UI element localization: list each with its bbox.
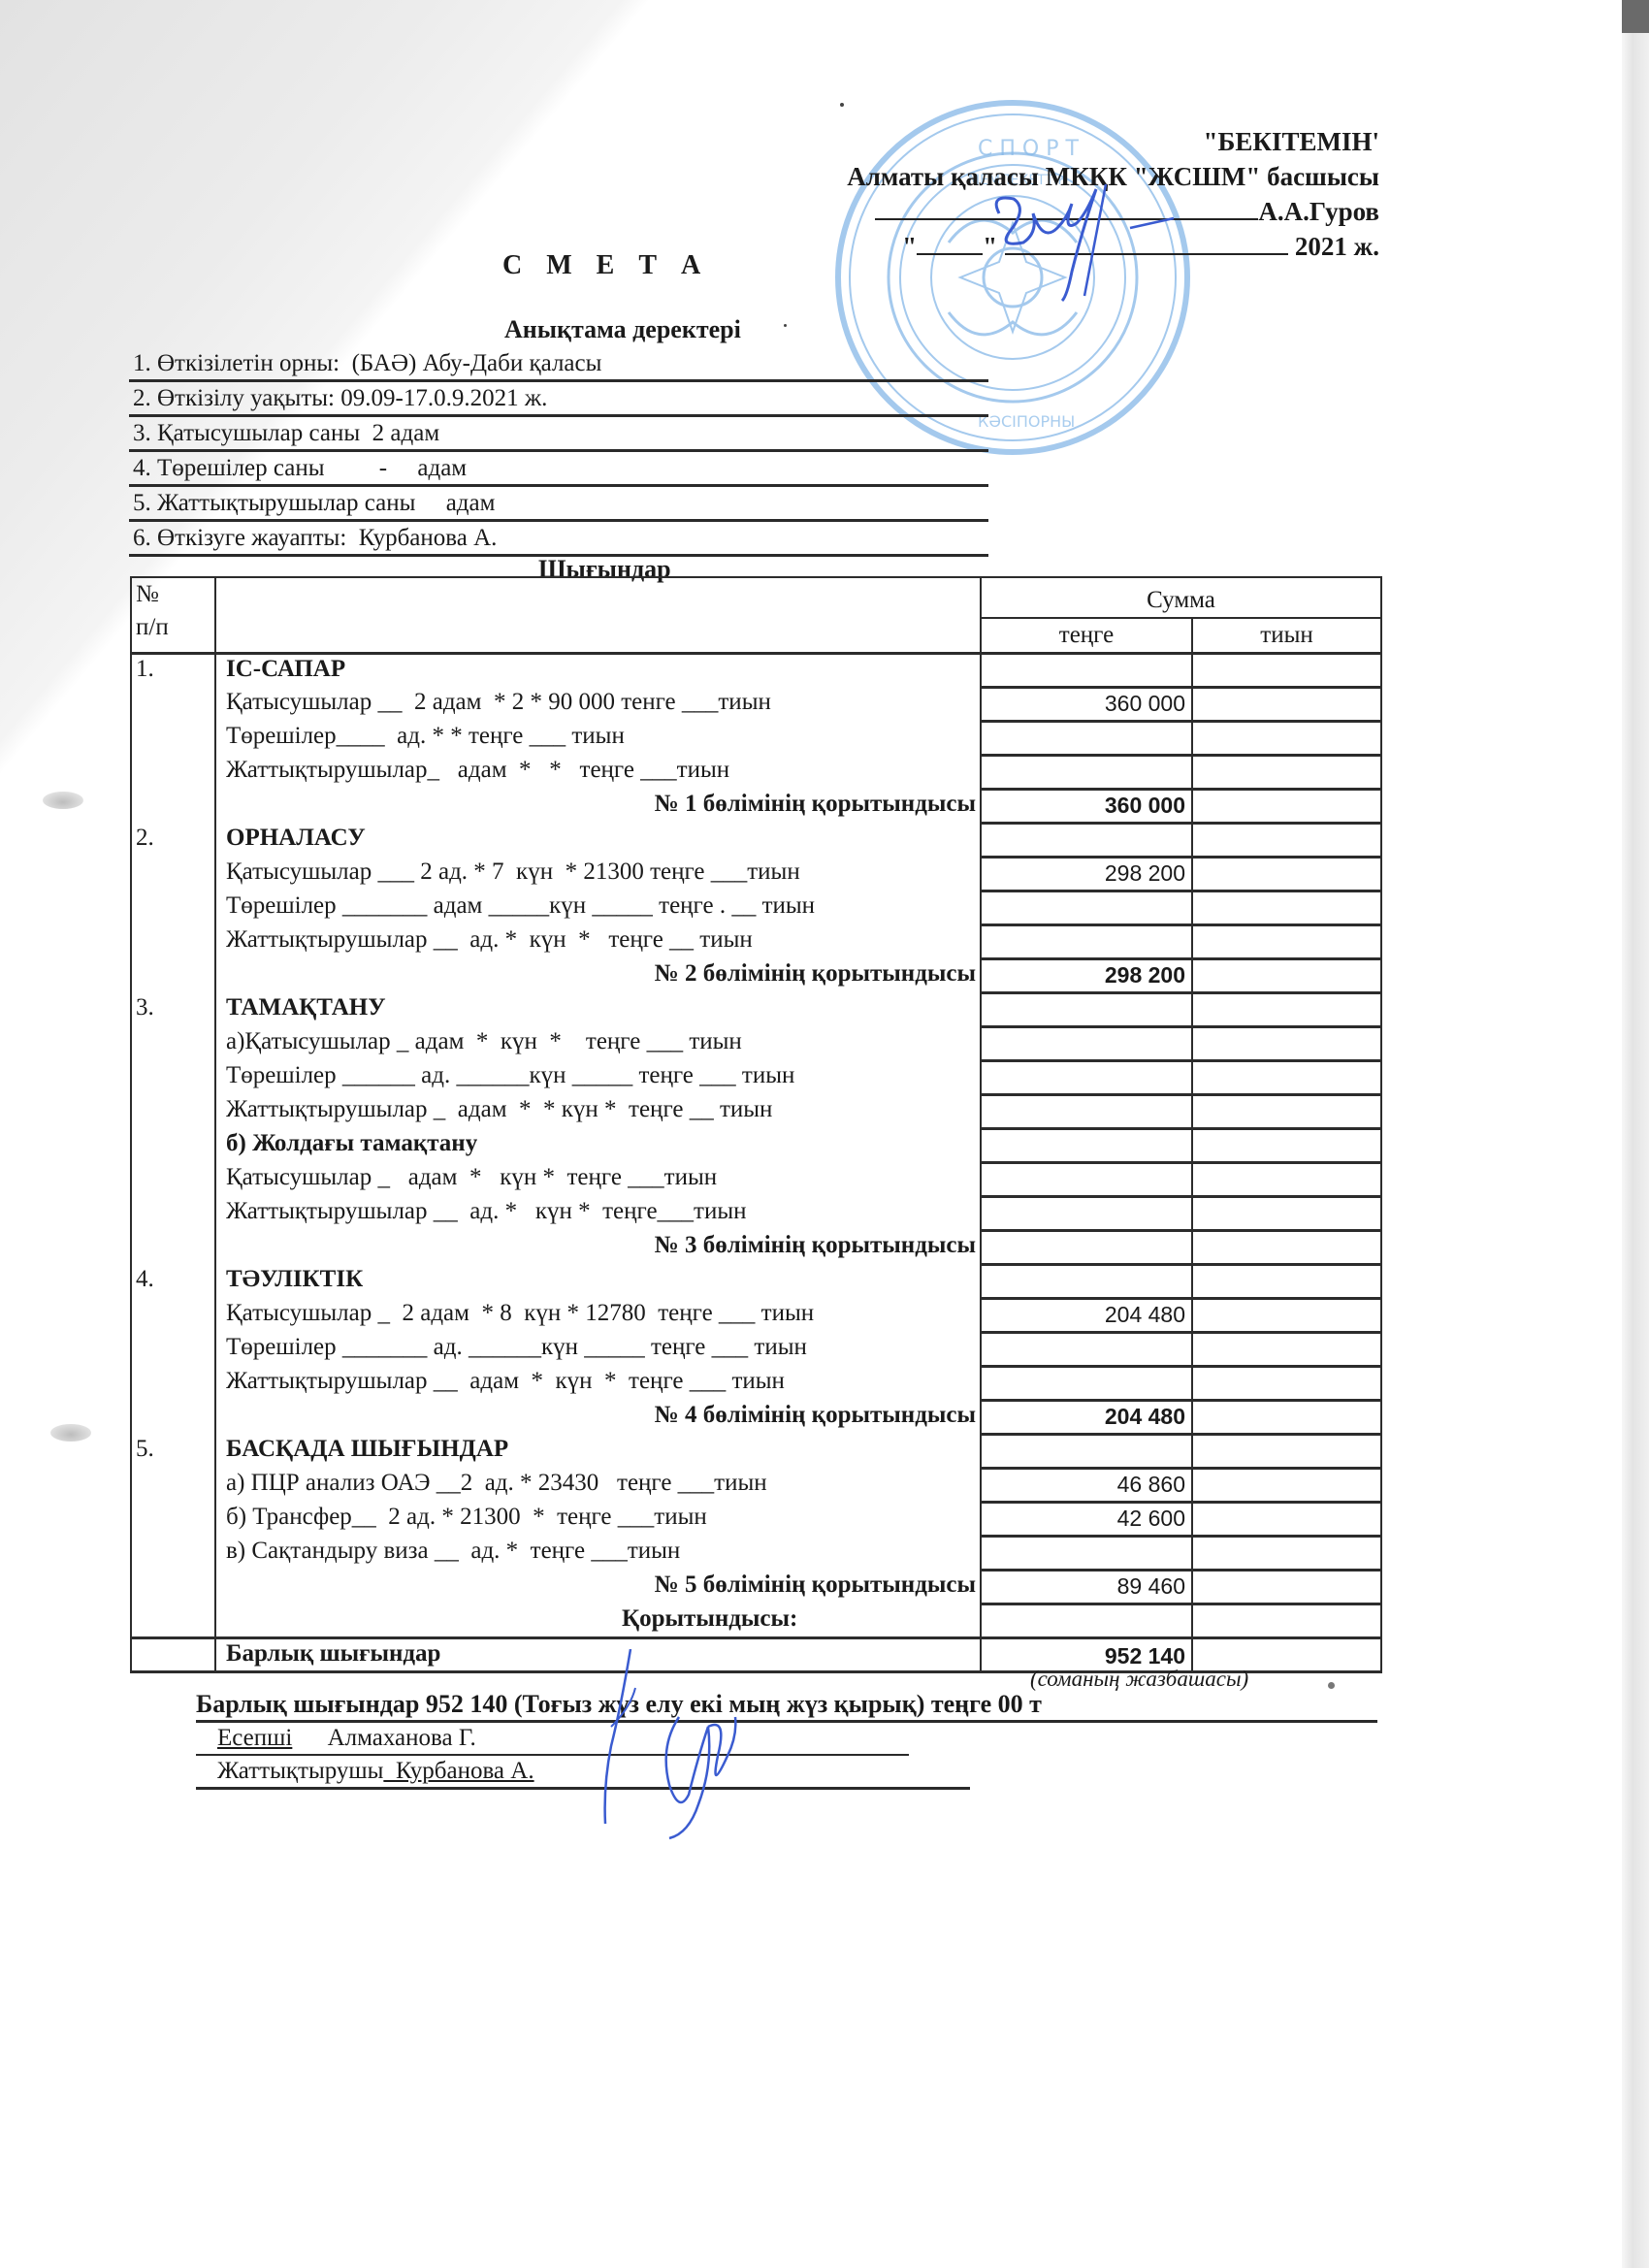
- approval-signatory: А.А.Гуров: [1258, 197, 1379, 226]
- row-amount-tenge: [981, 993, 1192, 1027]
- row-description: Төрешілер ______ ад. ______күн _____ тең…: [215, 1061, 981, 1095]
- row-number: [131, 1129, 215, 1163]
- table-row: а)Қатысушылар _ адам * күн * теңге ___ т…: [131, 1027, 1381, 1061]
- row-amount-tenge: 360 000: [981, 688, 1192, 722]
- scan-edge-corner: [1622, 0, 1649, 33]
- table-row: Қатысушылар _ адам * күн * теңге ___тиын: [131, 1163, 1381, 1197]
- row-description: а)Қатысушылар _ адам * күн * теңге ___ т…: [215, 1027, 981, 1061]
- date-quote-open: ": [902, 232, 917, 261]
- row-number: [131, 1367, 215, 1401]
- row-amount-tenge: 298 200: [981, 858, 1192, 891]
- row-amount-tiyn: [1192, 824, 1381, 858]
- table-row: в) Сақтандыру виза __ ад. * теңге ___тиы…: [131, 1537, 1381, 1571]
- table-row: 3.ТАМАҚТАНУ: [131, 993, 1381, 1027]
- row-amount-tiyn: [1192, 1401, 1381, 1435]
- row-description: Жаттықтырушылар __ адам * күн * теңге __…: [215, 1367, 981, 1401]
- row-number: 1.: [131, 654, 215, 688]
- scan-edge: [1622, 0, 1649, 2268]
- reference-row-dates: 2. Өткізілу уақыты: 09.09-17.0.9.2021 ж.: [129, 382, 988, 417]
- row-amount-tiyn: [1192, 1163, 1381, 1197]
- row-amount-tenge: [981, 654, 1192, 688]
- row-amount-tenge: [981, 1061, 1192, 1095]
- row-number: [131, 858, 215, 891]
- row-description: № 2 бөлімінің қорытындысы: [215, 959, 981, 993]
- row-amount-tenge: [981, 722, 1192, 756]
- row-number: [131, 1163, 215, 1197]
- row-amount-tiyn: [1192, 1129, 1381, 1163]
- approval-year: 2021 ж.: [1295, 232, 1379, 261]
- row-number: [131, 1231, 215, 1265]
- coach-name-underscore: _: [383, 1758, 396, 1784]
- row-description: ОРНАЛАСУ: [215, 824, 981, 858]
- row-amount-tenge: 204 480: [981, 1401, 1192, 1435]
- table-row: Төрешілер _______ адам _____күн _____ те…: [131, 891, 1381, 925]
- row-number: [131, 1469, 215, 1503]
- row-number: [131, 756, 215, 790]
- table-row: Қатысушылар ___ 2 ад. * 7 күн * 21300 те…: [131, 858, 1381, 891]
- table-row: 4.ТӘУЛІКТІК: [131, 1265, 1381, 1299]
- grand-total-number: [131, 1638, 215, 1672]
- table-row: б) Трансфер__ 2 ад. * 21300 * теңге ___т…: [131, 1503, 1381, 1537]
- row-number: [131, 1537, 215, 1571]
- row-amount-tenge: 46 860: [981, 1469, 1192, 1503]
- row-number: 4.: [131, 1265, 215, 1299]
- table-row: Төрешілер ______ ад. ______күн _____ тең…: [131, 1061, 1381, 1095]
- table-row: 1.ІС-САПАР: [131, 654, 1381, 688]
- table-row: Қатысушылар __ 2 адам * 2 * 90 000 тенге…: [131, 688, 1381, 722]
- table-row: 2.ОРНАЛАСУ: [131, 824, 1381, 858]
- table-row: Төрешілер____ ад. * * теңге ___ тиын: [131, 722, 1381, 756]
- table-row: Жаттықтырушылар __ ад. * күн * теңге __ …: [131, 925, 1381, 959]
- row-description: ІС-САПАР: [215, 654, 981, 688]
- row-amount-tenge: 42 600: [981, 1503, 1192, 1537]
- row-description: Жаттықтырушылар _ адам * * күн * теңге _…: [215, 1095, 981, 1129]
- row-amount-tenge: [981, 1265, 1192, 1299]
- row-amount-tenge: [981, 756, 1192, 790]
- punch-hole: [43, 792, 83, 809]
- row-amount-tiyn: [1192, 1095, 1381, 1129]
- row-amount-tiyn: [1192, 1197, 1381, 1231]
- reference-data: 1. Өткізілетін орны: (БАӘ) Абу-Даби қала…: [129, 347, 988, 557]
- row-number: [131, 1401, 215, 1435]
- row-amount-tiyn: [1192, 858, 1381, 891]
- row-number: [131, 722, 215, 756]
- approval-heading: "БЕКІТЕМІН': [847, 124, 1379, 159]
- row-amount-tiyn: [1192, 1265, 1381, 1299]
- scan-speck: [840, 103, 844, 107]
- row-amount-tiyn: [1192, 790, 1381, 824]
- row-amount-tenge: [981, 1435, 1192, 1469]
- reference-row-coaches: 5. Жаттықтырушылар саны адам: [129, 487, 988, 522]
- grand-total-label: Барлық шығындар: [215, 1638, 981, 1672]
- scan-speck: [1328, 1682, 1335, 1689]
- row-amount-tenge: 89 460: [981, 1571, 1192, 1604]
- row-number: 2.: [131, 824, 215, 858]
- accountant-name: Алмаханова Г.: [328, 1725, 476, 1751]
- table-row: 5.БАСҚАДА ШЫҒЫНДАР: [131, 1435, 1381, 1469]
- reference-row-referees: 4. Төрешілер саны - адам: [129, 452, 988, 487]
- row-description: № 3 бөлімінің қорытындысы: [215, 1231, 981, 1265]
- approval-block: "БЕКІТЕМІН' Алматы қаласы МКҚК "ЖСШМ" ба…: [847, 124, 1379, 264]
- row-number: [131, 1571, 215, 1604]
- table-row: № 3 бөлімінің қорытындысы: [131, 1231, 1381, 1265]
- row-amount-tiyn: [1192, 1367, 1381, 1401]
- table-row: № 5 бөлімінің қорытындысы89 460: [131, 1571, 1381, 1604]
- row-number: [131, 1095, 215, 1129]
- row-amount-tiyn: [1192, 756, 1381, 790]
- row-amount-tiyn: [1192, 1333, 1381, 1367]
- row-description: Қатысушылар ___ 2 ад. * 7 күн * 21300 те…: [215, 858, 981, 891]
- table-row: Төрешілер _______ ад. ______күн _____ те…: [131, 1333, 1381, 1367]
- approval-organization: Алматы қаласы МКҚК "ЖСШМ" басшысы: [847, 159, 1379, 194]
- expenses-table: № п/п Сумма теңге тиын 1.ІС-САПАРҚатысуш…: [130, 576, 1382, 1673]
- row-amount-tiyn: [1192, 959, 1381, 993]
- row-description: а) ПЦР анализ ОАЭ __2 ад. * 23430 теңге …: [215, 1469, 981, 1503]
- header-description: [215, 577, 981, 654]
- row-description: Жаттықтырушылар_ адам * * теңге ___тиын: [215, 756, 981, 790]
- row-number: 5.: [131, 1435, 215, 1469]
- row-amount-tenge: [981, 1604, 1192, 1638]
- row-amount-tenge: [981, 1027, 1192, 1061]
- header-number: № п/п: [131, 577, 215, 654]
- table-row: Жаттықтырушылар_ адам * * теңге ___тиын: [131, 756, 1381, 790]
- accountant-role: Есепші: [217, 1725, 292, 1751]
- row-amount-tenge: [981, 891, 1192, 925]
- row-amount-tenge: [981, 1537, 1192, 1571]
- row-amount-tiyn: [1192, 993, 1381, 1027]
- row-number: [131, 1503, 215, 1537]
- row-number: [131, 1027, 215, 1061]
- row-description: ТӘУЛІКТІК: [215, 1265, 981, 1299]
- reference-row-venue: 1. Өткізілетін орны: (БАӘ) Абу-Даби қала…: [129, 347, 988, 382]
- row-amount-tiyn: [1192, 1503, 1381, 1537]
- row-amount-tenge: [981, 824, 1192, 858]
- row-number: [131, 688, 215, 722]
- row-description: Төрешілер____ ад. * * теңге ___ тиын: [215, 722, 981, 756]
- row-number: 3.: [131, 993, 215, 1027]
- reference-row-responsible: 6. Өткізуге жауапты: Курбанова А.: [129, 522, 988, 557]
- row-description: № 5 бөлімінің қорытындысы: [215, 1571, 981, 1604]
- row-amount-tiyn: [1192, 1537, 1381, 1571]
- table-row: № 4 бөлімінің қорытындысы204 480: [131, 1401, 1381, 1435]
- row-amount-tiyn: [1192, 688, 1381, 722]
- signature-field: [875, 218, 1258, 220]
- row-amount-tenge: 298 200: [981, 959, 1192, 993]
- row-description: Қорытындысы:: [215, 1604, 981, 1638]
- header-tiyn: тиын: [1192, 618, 1381, 654]
- row-amount-tiyn: [1192, 1061, 1381, 1095]
- row-description: № 1 бөлімінің қорытындысы: [215, 790, 981, 824]
- table-row: б) Жолдағы тамақтану: [131, 1129, 1381, 1163]
- row-description: ТАМАҚТАНУ: [215, 993, 981, 1027]
- row-number: [131, 1604, 215, 1638]
- row-number: [131, 1061, 215, 1095]
- header-number-symbol: №: [136, 581, 159, 607]
- date-day-field: [917, 253, 983, 255]
- row-description: Қатысушылар _ 2 адам * 8 күн * 12780 тең…: [215, 1299, 981, 1333]
- row-description: Төрешілер _______ адам _____күн _____ те…: [215, 891, 981, 925]
- row-amount-tenge: [981, 1197, 1192, 1231]
- row-description: Жаттықтырушылар __ ад. * күн * теңге __ …: [215, 925, 981, 959]
- row-number: [131, 925, 215, 959]
- row-amount-tiyn: [1192, 1299, 1381, 1333]
- reference-row-participants: 3. Қатысушылар саны 2 адам: [129, 417, 988, 452]
- row-amount-tiyn: [1192, 722, 1381, 756]
- table-row: Жаттықтырушылар __ ад. * күн * теңге___т…: [131, 1197, 1381, 1231]
- table-row: Жаттықтырушылар _ адам * * күн * теңге _…: [131, 1095, 1381, 1129]
- approval-signatory-line: А.А.Гуров: [847, 194, 1379, 229]
- row-amount-tenge: [981, 1367, 1192, 1401]
- table-row: № 1 бөлімінің қорытындысы360 000: [131, 790, 1381, 824]
- row-amount-tiyn: [1192, 1027, 1381, 1061]
- row-number: [131, 1197, 215, 1231]
- header-tenge: теңге: [981, 618, 1192, 654]
- row-description: Қатысушылар __ 2 адам * 2 * 90 000 тенге…: [215, 688, 981, 722]
- row-amount-tenge: [981, 1163, 1192, 1197]
- table-header-row: № п/п Сумма: [131, 577, 1381, 618]
- row-description: б) Трансфер__ 2 ад. * 21300 * теңге ___т…: [215, 1503, 981, 1537]
- row-amount-tiyn: [1192, 1231, 1381, 1265]
- scan-speck: [784, 324, 787, 327]
- table-row: Қатысушылар _ 2 адам * 8 күн * 12780 тең…: [131, 1299, 1381, 1333]
- row-amount-tenge: [981, 1333, 1192, 1367]
- row-number: [131, 1299, 215, 1333]
- row-amount-tenge: [981, 1095, 1192, 1129]
- row-description: б) Жолдағы тамақтану: [215, 1129, 981, 1163]
- table-row: Қорытындысы:: [131, 1604, 1381, 1638]
- row-description: Төрешілер _______ ад. ______күн _____ те…: [215, 1333, 981, 1367]
- row-number: [131, 1333, 215, 1367]
- row-number: [131, 790, 215, 824]
- document-title-text: С М Е Т А: [502, 250, 709, 281]
- row-amount-tenge: [981, 1231, 1192, 1265]
- row-amount-tiyn: [1192, 891, 1381, 925]
- date-month-field: [1005, 253, 1288, 255]
- row-description: Жаттықтырушылар __ ад. * күн * теңге___т…: [215, 1197, 981, 1231]
- row-description: № 4 бөлімінің қорытындысы: [215, 1401, 981, 1435]
- table-row: а) ПЦР анализ ОАЭ __2 ад. * 23430 теңге …: [131, 1469, 1381, 1503]
- row-amount-tiyn: [1192, 1571, 1381, 1604]
- row-amount-tiyn: [1192, 1469, 1381, 1503]
- coach-role: Жаттықтырушы: [217, 1758, 383, 1784]
- coach-name: Курбанова А.: [396, 1758, 534, 1784]
- row-amount-tiyn: [1192, 1435, 1381, 1469]
- row-amount-tenge: [981, 925, 1192, 959]
- header-sum: Сумма: [981, 577, 1381, 618]
- row-description: БАСҚАДА ШЫҒЫНДАР: [215, 1435, 981, 1469]
- row-description: Қатысушылар _ адам * күн * теңге ___тиын: [215, 1163, 981, 1197]
- total-in-words: Барлық шығындар 952 140 (Тоғыз жүз елу е…: [196, 1689, 1377, 1723]
- row-number: [131, 891, 215, 925]
- punch-hole: [50, 1424, 91, 1442]
- svg-text:КӘСІПОРНЫ: КӘСІПОРНЫ: [978, 412, 1075, 431]
- table-row: № 2 бөлімінің қорытындысы298 200: [131, 959, 1381, 993]
- table-row: Жаттықтырушылар __ адам * күн * теңге __…: [131, 1367, 1381, 1401]
- row-amount-tiyn: [1192, 654, 1381, 688]
- date-quote-close: ": [983, 232, 997, 261]
- row-amount-tenge: [981, 1129, 1192, 1163]
- accountant-signature-line: Есепші Алмаханова Г.: [196, 1723, 909, 1756]
- reference-heading: Анықтама деректері: [504, 315, 741, 344]
- header-number-label: п/п: [136, 614, 169, 640]
- row-amount-tiyn: [1192, 925, 1381, 959]
- approval-date-line: "" 2021 ж.: [847, 229, 1379, 264]
- coach-signature-line: Жаттықтырушы_Курбанова А.: [196, 1756, 970, 1790]
- row-number: [131, 959, 215, 993]
- row-amount-tenge: 204 480: [981, 1299, 1192, 1333]
- row-amount-tenge: 360 000: [981, 790, 1192, 824]
- row-description: в) Сақтандыру виза __ ад. * теңге ___тиы…: [215, 1537, 981, 1571]
- row-amount-tiyn: [1192, 1604, 1381, 1638]
